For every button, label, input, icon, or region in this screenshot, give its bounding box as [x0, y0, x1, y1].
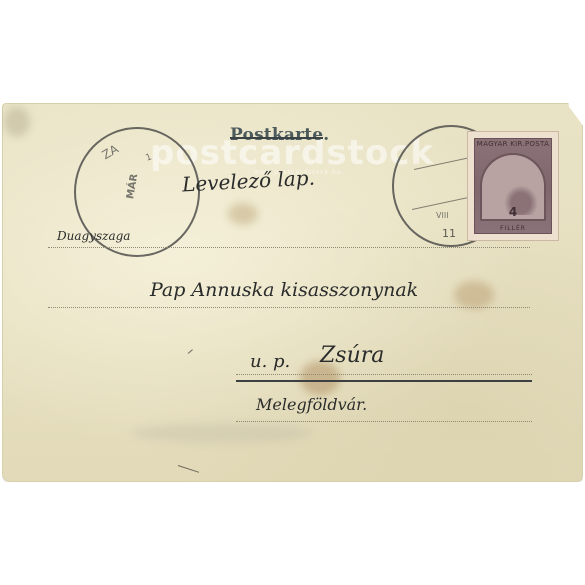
handwritten-addressee: Pap Annuska kisasszonynak — [150, 279, 418, 301]
postcard: postcardstock www.postcardstock.hu Postk… — [2, 103, 583, 482]
stain — [132, 423, 312, 443]
scratch-mark — [188, 349, 193, 354]
postmark-month: VIII — [436, 211, 449, 220]
stamp-country: MAGYAR KIR.POSTA — [475, 140, 551, 148]
postmark-date: MÁR — [125, 173, 140, 200]
stamp-currency: FILLÉR — [475, 225, 551, 232]
address-line-2 — [48, 307, 530, 308]
postmark-year: 1 — [144, 152, 153, 163]
handwritten-post-office: Zsúra — [320, 343, 384, 368]
scratch-mark — [178, 465, 199, 473]
handwritten-title: Levelező lap. — [181, 166, 315, 197]
address-line-1 — [48, 247, 530, 248]
postmark-bar — [414, 157, 473, 170]
address-line-underline — [236, 380, 532, 382]
postmark-day: 11 — [442, 227, 456, 240]
stamp-value: 4 — [475, 205, 551, 219]
postmark-bar — [412, 197, 471, 210]
postage-stamp: MAGYAR KIR.POSTA 4 FILLÉR — [468, 132, 558, 240]
stain — [454, 281, 494, 309]
postmark-place: ZA — [100, 142, 121, 162]
address-line-3 — [236, 374, 532, 375]
address-line-4 — [236, 421, 532, 422]
handwritten-sender-note: Duagyszaga — [57, 229, 130, 243]
printed-header: Postkarte. — [230, 125, 329, 145]
handwritten-town: Melegföldvár. — [256, 395, 367, 414]
handwritten-po-prefix: u. p. — [250, 351, 290, 372]
stain — [228, 203, 258, 225]
stamp-face: MAGYAR KIR.POSTA 4 FILLÉR — [474, 138, 552, 234]
stain — [4, 107, 30, 137]
